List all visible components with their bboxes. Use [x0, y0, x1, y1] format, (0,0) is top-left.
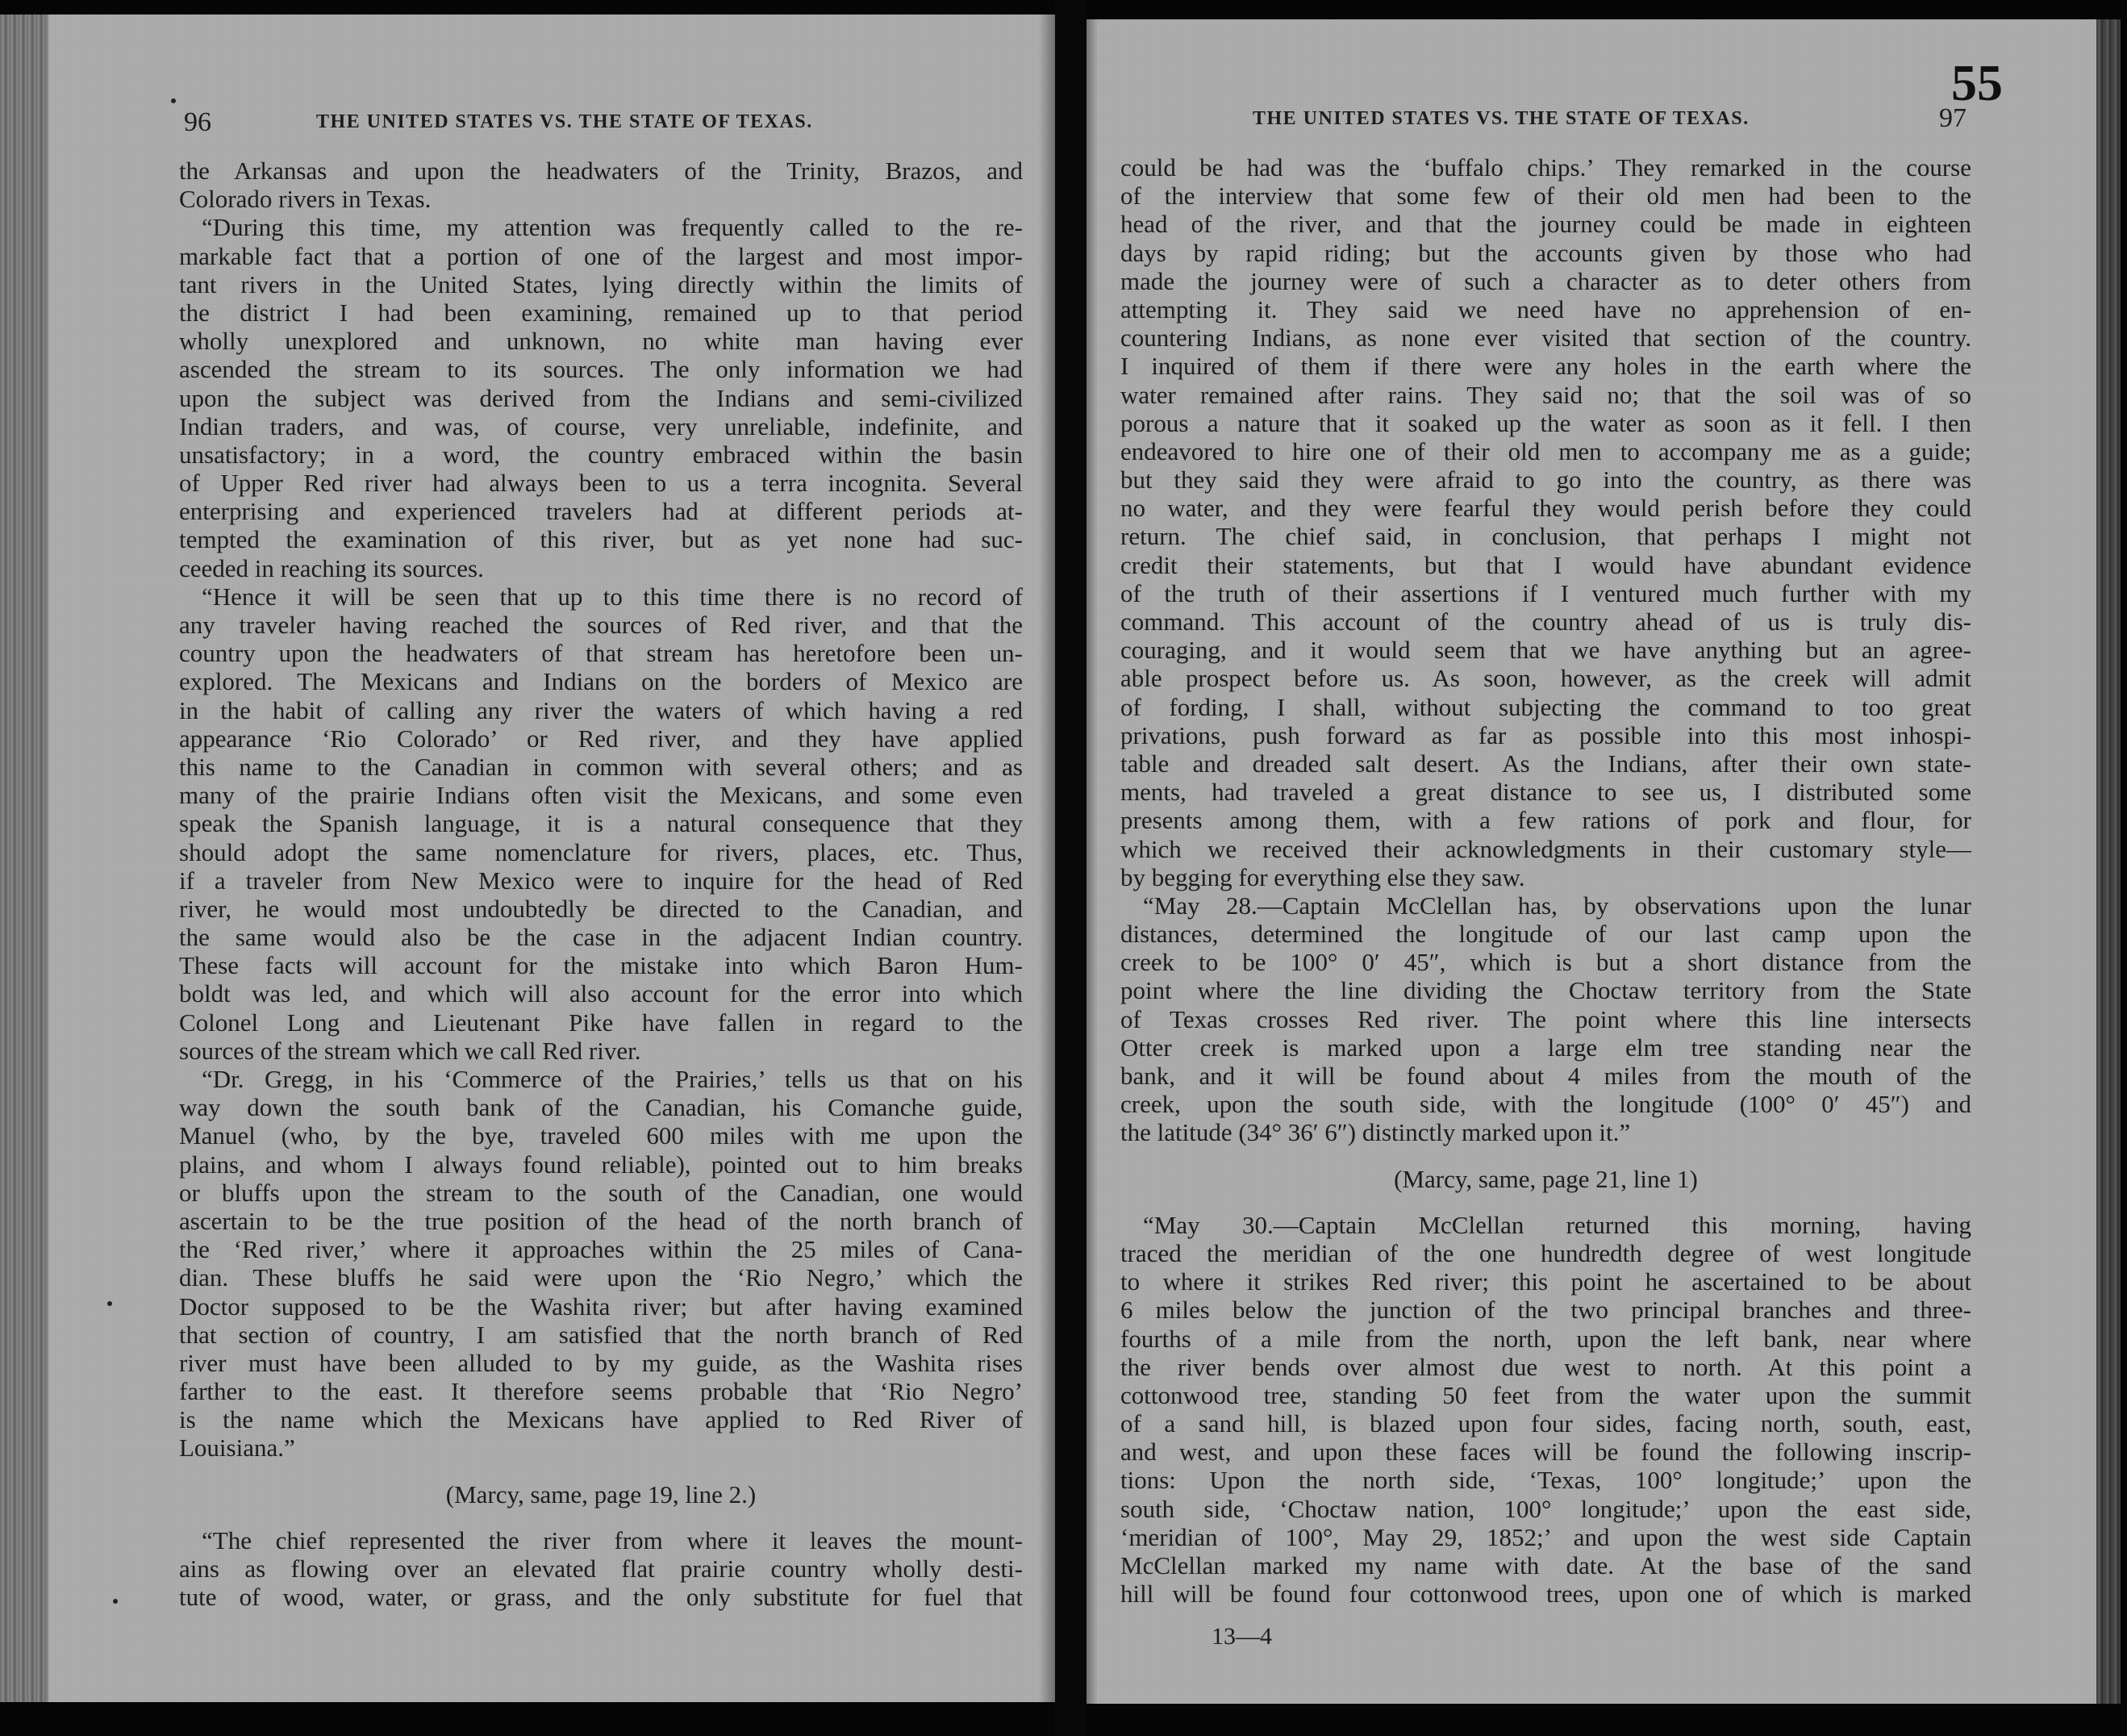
- body-text: the Arkansas and upon the headwaters of …: [179, 156, 1023, 1611]
- citation: (Marcy, same, page 21, line 1): [1120, 1165, 1971, 1193]
- text-line: made the journey were of such a characte…: [1120, 267, 1971, 295]
- text-line: point where the line dividing the Chocta…: [1120, 976, 1971, 1004]
- text-line: traced the meridian of the one hundredth…: [1120, 1239, 1971, 1267]
- text-line: country upon the headwaters of that stre…: [179, 639, 1023, 667]
- text-line: and west, and upon these faces will be f…: [1120, 1438, 1971, 1466]
- text-line: the river bends over almost due west to …: [1120, 1353, 1971, 1381]
- text-line: porous a nature that it soaked up the wa…: [1120, 409, 1971, 437]
- text-line: tions: Upon the north side, ‘Texas, 100°…: [1120, 1466, 1971, 1494]
- text-line: the Arkansas and upon the headwaters of …: [179, 156, 1023, 185]
- text-line: if a traveler from New Mexico were to in…: [179, 866, 1023, 895]
- text-line: ascended the stream to its sources. The …: [179, 355, 1023, 383]
- page-edge-strip: [0, 15, 48, 1702]
- ink-speck: [171, 98, 176, 103]
- text-line: but they said they were afraid to go int…: [1120, 465, 1971, 494]
- page-number: 96: [184, 107, 211, 138]
- text-line: creek to be 100° 0′ 45″, which is but a …: [1120, 948, 1971, 976]
- text-line: table and dreaded salt desert. As the In…: [1120, 749, 1971, 778]
- text-line: able prospect before us. As soon, howeve…: [1120, 664, 1971, 692]
- text-line: return. The chief said, in conclusion, t…: [1120, 522, 1971, 550]
- text-line: explored. The Mexicans and Indians on th…: [179, 667, 1023, 695]
- text-line: creek, upon the south side, with the lon…: [1120, 1090, 1971, 1118]
- text-line: speak the Spanish language, it is a natu…: [179, 809, 1023, 837]
- text-line: fourths of a mile from the north, upon t…: [1120, 1325, 1971, 1353]
- text-line: upon the subject was derived from the In…: [179, 384, 1023, 412]
- text-line: any traveler having reached the sources …: [179, 611, 1023, 639]
- text-line: “May 28.—Captain McClellan has, by obser…: [1120, 891, 1971, 920]
- citation: (Marcy, same, page 19, line 2.): [179, 1480, 1023, 1509]
- text-line: sources of the stream which we call Red …: [179, 1037, 1023, 1065]
- text-line: the ‘Red river,’ where it approaches wit…: [179, 1235, 1023, 1263]
- text-line: wholly unexplored and unknown, no white …: [179, 327, 1023, 355]
- text-line: hill will be found four cottonwood trees…: [1120, 1580, 1971, 1608]
- text-line: boldt was led, and which will also accou…: [179, 979, 1023, 1008]
- text-line: couraging, and it would seem that we hav…: [1120, 636, 1971, 664]
- text-line: ‘meridian of 100°, May 29, 1852;’ and up…: [1120, 1523, 1971, 1551]
- text-line: “During this time, my attention was freq…: [179, 213, 1023, 241]
- text-line: this name to the Canadian in common with…: [179, 753, 1023, 781]
- signature-mark: 13—4: [1212, 1623, 1272, 1650]
- text-line: in the habit of calling any river the wa…: [179, 696, 1023, 724]
- book-spine: [1055, 0, 1086, 1736]
- text-line: Colonel Long and Lieutenant Pike have fa…: [179, 1008, 1023, 1037]
- text-line: “The chief represented the river from wh…: [179, 1526, 1023, 1554]
- text-line: plains, and whom I always found reliable…: [179, 1150, 1023, 1179]
- text-line: which we received their acknowledgments …: [1120, 835, 1971, 863]
- text-line: distances, determined the longitude of o…: [1120, 920, 1971, 948]
- text-line: presents among them, with a few rations …: [1120, 806, 1971, 834]
- text-line: the latitude (34° 36′ 6″) distinctly mar…: [1120, 1118, 1971, 1146]
- text-line: countering Indians, as none ever visited…: [1120, 323, 1971, 352]
- text-line: enterprising and experienced travelers h…: [179, 497, 1023, 525]
- page-edge-strip: [2096, 19, 2121, 1704]
- text-line: of the interview that some few of their …: [1120, 182, 1971, 210]
- text-line: command. This account of the country ahe…: [1120, 607, 1971, 636]
- text-line: of Upper Red river had always been to us…: [179, 469, 1023, 497]
- text-line: south side, ‘Choctaw nation, 100° longit…: [1120, 1495, 1971, 1523]
- text-line: Colorado rivers in Texas.: [179, 185, 1023, 213]
- text-line: endeavored to hire one of their old men …: [1120, 437, 1971, 465]
- page-number: 97: [1939, 103, 1966, 134]
- text-line: 6 miles below the junction of the two pr…: [1120, 1296, 1971, 1324]
- text-line: dian. These bluffs he said were upon the…: [179, 1263, 1023, 1292]
- text-line: appearance ‘Rio Colorado’ or Red river, …: [179, 724, 1023, 753]
- text-line: days by rapid riding; but the accounts g…: [1120, 239, 1971, 267]
- text-line: of a sand hill, is blazed upon four side…: [1120, 1409, 1971, 1438]
- text-line: to where it strikes Red river; this poin…: [1120, 1267, 1971, 1296]
- text-line: ceeded in reaching its sources.: [179, 554, 1023, 582]
- text-line: tempted the examination of this river, b…: [179, 525, 1023, 553]
- text-line: of Texas crosses Red river. The point wh…: [1120, 1005, 1971, 1033]
- text-line: attempting it. They said we need have no…: [1120, 295, 1971, 323]
- text-line: way down the south bank of the Canadian,…: [179, 1093, 1023, 1121]
- text-line: of the truth of their assertions if I ve…: [1120, 579, 1971, 607]
- text-line: that section of country, I am satisfied …: [179, 1321, 1023, 1349]
- text-line: the district I had been examining, remai…: [179, 298, 1023, 327]
- text-line: privations, push forward as far as possi…: [1120, 721, 1971, 749]
- text-line: McClellan marked my name with date. At t…: [1120, 1551, 1971, 1580]
- text-line: Manuel (who, by the bye, traveled 600 mi…: [179, 1121, 1023, 1150]
- text-line: “May 30.—Captain McClellan returned this…: [1120, 1211, 1971, 1239]
- text-line: credit their statements, but that I woul…: [1120, 551, 1971, 579]
- text-line: I inquired of them if there were any hol…: [1120, 352, 1971, 380]
- running-head: THE UNITED STATES VS. THE STATE OF TEXAS…: [316, 111, 813, 133]
- ink-speck: [107, 1301, 112, 1306]
- text-line: tute of wood, water, or grass, and the o…: [179, 1583, 1023, 1611]
- right-page: 55 THE UNITED STATES VS. THE STATE OF TE…: [1086, 19, 2096, 1704]
- text-line: markable fact that a portion of one of t…: [179, 242, 1023, 270]
- text-line: the same would also be the case in the a…: [179, 923, 1023, 951]
- text-line: Doctor supposed to be the Washita river;…: [179, 1292, 1023, 1321]
- text-line: Otter creek is marked upon a large elm t…: [1120, 1033, 1971, 1062]
- text-line: Louisiana.”: [179, 1433, 1023, 1462]
- text-line: cottonwood tree, standing 50 feet from t…: [1120, 1381, 1971, 1409]
- text-line: water remained after rains. They said no…: [1120, 381, 1971, 409]
- text-line: river, he would most undoubtedly be dire…: [179, 895, 1023, 923]
- text-line: no water, and they were fearful they wou…: [1120, 494, 1971, 522]
- spine-shadow: [1039, 15, 1055, 1702]
- text-line: river must have been alluded to by my gu…: [179, 1349, 1023, 1377]
- text-line: These facts will account for the mistake…: [179, 951, 1023, 979]
- text-line: ains as flowing over an elevated flat pr…: [179, 1554, 1023, 1583]
- text-line: Indian traders, and was, of course, very…: [179, 412, 1023, 440]
- text-line: of fording, I shall, without subjecting …: [1120, 693, 1971, 721]
- spine-shadow: [1086, 19, 1098, 1704]
- text-line: “Dr. Gregg, in his ‘Commerce of the Prai…: [179, 1065, 1023, 1093]
- body-text: could be had was the ‘buffalo chips.’ Th…: [1120, 153, 1971, 1608]
- running-head: THE UNITED STATES VS. THE STATE OF TEXAS…: [1253, 108, 1750, 130]
- text-line: or bluffs upon the stream to the south o…: [179, 1179, 1023, 1207]
- text-line: “Hence it will be seen that up to this t…: [179, 582, 1023, 611]
- text-line: head of the river, and that the journey …: [1120, 210, 1971, 238]
- text-line: could be had was the ‘buffalo chips.’ Th…: [1120, 153, 1971, 182]
- text-line: tant rivers in the United States, lying …: [179, 270, 1023, 298]
- text-line: by begging for everything else they saw.: [1120, 863, 1971, 891]
- text-line: unsatisfactory; in a word, the country e…: [179, 440, 1023, 469]
- text-line: many of the prairie Indians often visit …: [179, 781, 1023, 809]
- text-line: should adopt the same nomenclature for r…: [179, 838, 1023, 866]
- text-line: farther to the east. It therefore seems …: [179, 1377, 1023, 1405]
- text-line: is the name which the Mexicans have appl…: [179, 1405, 1023, 1433]
- ink-speck: [113, 1599, 118, 1604]
- left-page: 96 THE UNITED STATES VS. THE STATE OF TE…: [0, 15, 1055, 1702]
- text-line: ments, had traveled a great distance to …: [1120, 778, 1971, 806]
- text-line: ascertain to be the true position of the…: [179, 1207, 1023, 1235]
- text-line: bank, and it will be found about 4 miles…: [1120, 1062, 1971, 1090]
